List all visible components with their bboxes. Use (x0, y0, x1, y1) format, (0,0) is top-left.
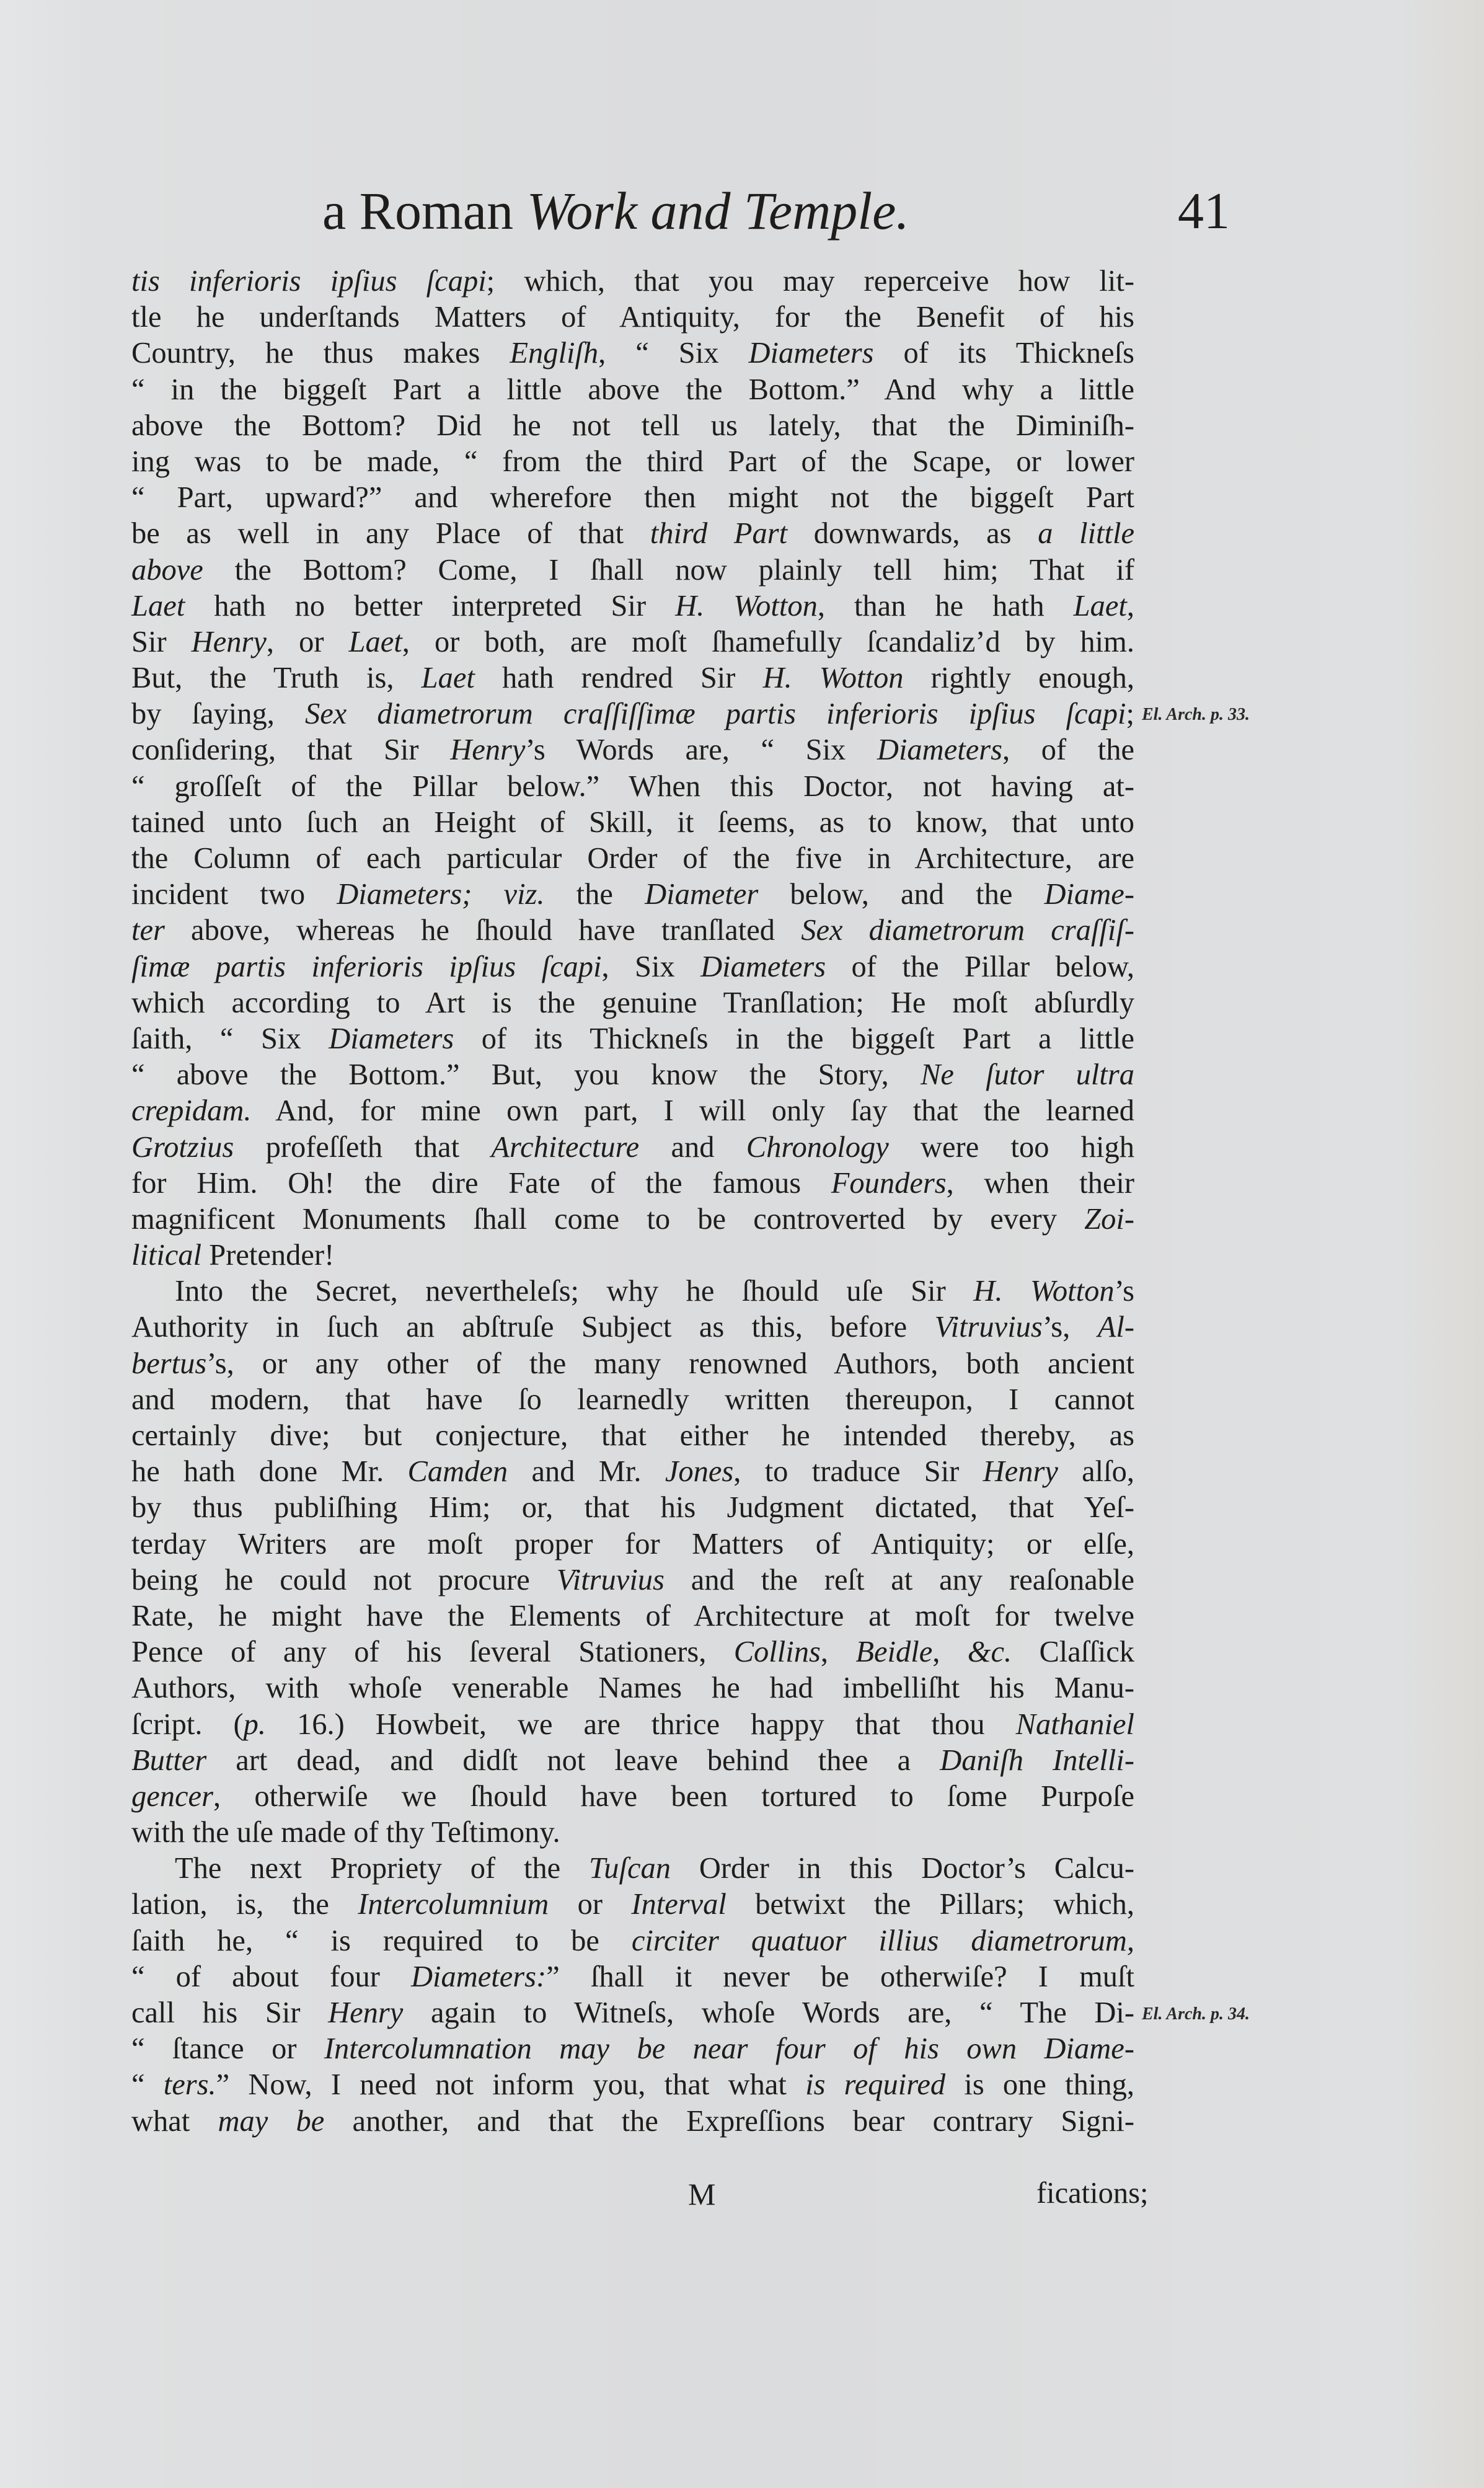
text-line: ſaith, “ Six Diameters of its Thickneſs … (131, 1021, 1134, 1057)
roman-span: by thus publiſhing Him; or, that his Jud… (131, 1491, 1134, 1524)
italic-span: Sex diametrorum craſſiſ- (801, 914, 1134, 947)
margin-note: El. Arch. p. 33. (1142, 705, 1250, 725)
italic-span: Daniſh Intelli- (940, 1744, 1134, 1777)
roman-span: were too high (889, 1131, 1134, 1164)
roman-span: below, and the (758, 878, 1044, 911)
roman-span: lation, is, the (131, 1888, 358, 1921)
italic-span: Laet (131, 590, 185, 622)
text-line: tained unto ſuch an Height of Skill, it … (131, 805, 1134, 841)
italic-span: Vitruvius (557, 1564, 665, 1596)
italic-span: H. Wotton (675, 590, 818, 622)
roman-span: above the Bottom? Did he not tell us lat… (131, 409, 1134, 442)
roman-span: “ ſtance or (131, 2032, 324, 2065)
text-line: Authority in ſuch an abſtruſe Subject as… (131, 1309, 1134, 1345)
roman-span: , or both, are moſt ſhamefully ſcandaliz… (402, 626, 1134, 658)
roman-span: above, whereas he ſhould have tranſlated (165, 914, 801, 947)
roman-span: with the uſe made of thy Teſtimony. (131, 1816, 560, 1849)
roman-span: “ groſſeſt of the Pillar below.” When th… (131, 770, 1134, 803)
text-line: ing was to be made, “ from the third Par… (131, 444, 1134, 480)
roman-span: certainly dive; but conjecture, that eit… (131, 1419, 1134, 1452)
text-line: ſimæ partis inferioris ipſius ſcapi, Six… (131, 949, 1134, 985)
italic-span: Laet (349, 626, 402, 658)
roman-span: for Him. Oh! the dire Fate of the famous (131, 1167, 831, 1200)
roman-span: “ Part, upward?” and wherefore then migh… (131, 481, 1134, 514)
roman-span: Pence of any of his ſeveral Stationers, (131, 1636, 734, 1668)
roman-span: , than he hath (818, 590, 1074, 622)
text-line: and modern, that have ſo learnedly writt… (131, 1382, 1134, 1418)
roman-span: ’s (1115, 1275, 1134, 1308)
italic-span: Intercolumnium (358, 1888, 549, 1921)
roman-span: The next Propriety of the (175, 1852, 589, 1885)
roman-span: “ (131, 2068, 164, 2101)
roman-span: Authority in ſuch an abſtruſe Subject as… (131, 1311, 935, 1344)
text-line: gencer, otherwiſe we ſhould have been to… (131, 1779, 1134, 1815)
text-line: But, the Truth is, Laet hath rendred Sir… (131, 660, 1134, 696)
roman-span: ing was to be made, “ from the third Par… (131, 445, 1134, 478)
text-line: Rate, he might have the Elements of Arch… (131, 1598, 1134, 1634)
text-line: conſidering, that Sir Henry’s Words are,… (131, 732, 1134, 768)
roman-span: and (639, 1131, 746, 1164)
text-line: “ ters.” Now, I need not inform you, tha… (131, 2067, 1134, 2103)
roman-span: ſaith he, “ is required to be (131, 1924, 632, 1957)
roman-span: which according to Art is the genuine Tr… (131, 986, 1134, 1019)
italic-span: tis inferioris ipſius ſcapi (131, 265, 487, 298)
italic-span: above (131, 554, 203, 587)
italic-span: may be (218, 2105, 325, 2138)
roman-span: betwixt the Pillars; which, (727, 1888, 1134, 1921)
roman-span: ; which, that you may reperceive how lit… (487, 265, 1134, 298)
roman-span: by ſaying, (131, 697, 305, 730)
roman-span: Country, he thus makes (131, 337, 510, 370)
roman-span: , Six (601, 950, 700, 983)
roman-span: be as well in any Place of that (131, 517, 650, 550)
roman-span: , (1127, 590, 1134, 622)
italic-span: ſimæ partis inferioris ipſius ſcapi (131, 950, 601, 983)
italic-span: Al- (1098, 1311, 1134, 1344)
italic-span: Henry (450, 733, 525, 766)
roman-span: of the Pillar below, (826, 950, 1134, 983)
running-head-italic: Work and Temple. (527, 181, 909, 241)
roman-span: , of the (1002, 733, 1134, 766)
text-line: be as well in any Place of that third Pa… (131, 516, 1134, 552)
roman-span: magnificent Monuments ſhall come to be c… (131, 1203, 1084, 1236)
italic-span: crepidam. (131, 1094, 252, 1127)
running-head: a Roman Work and Temple. (322, 180, 909, 242)
roman-span: But, the Truth is, (131, 662, 422, 694)
italic-span: a little (1038, 517, 1134, 550)
roman-span: tained unto ſuch an Height of Skill, it … (131, 806, 1134, 839)
italic-span: ters. (164, 2068, 216, 2101)
italic-span: Diameters (748, 337, 873, 370)
roman-span: , (932, 1636, 967, 1668)
roman-span: what (131, 2105, 218, 2138)
italic-span: Chronology (746, 1131, 889, 1164)
text-line: “ above the Bottom.” But, you know the S… (131, 1057, 1134, 1093)
roman-span: hath no better interpreted Sir (185, 590, 675, 622)
roman-span: and Mr. (508, 1455, 665, 1488)
italic-span: Ne ſutor ultra (921, 1058, 1134, 1091)
roman-span: Rate, he might have the Elements of Arch… (131, 1600, 1134, 1632)
text-line: “ Part, upward?” and wherefore then migh… (131, 480, 1134, 516)
italic-span: Butter (131, 1744, 206, 1777)
text-line: Sir Henry, or Laet, or both, are moſt ſh… (131, 624, 1134, 660)
text-line: The next Propriety of the Tuſcan Order i… (131, 1851, 1134, 1887)
roman-span: ’s, or any other of the many renowned Au… (206, 1347, 1134, 1380)
italic-span: Henry (328, 1996, 403, 2029)
italic-span: Interval (631, 1888, 727, 1921)
text-line: with the uſe made of thy Teſtimony. (131, 1815, 1134, 1851)
italic-span: p. (244, 1708, 266, 1741)
italic-span: Tuſcan (589, 1852, 671, 1885)
text-line: Grotzius profeſſeth that Architecture an… (131, 1130, 1134, 1166)
italic-span: Jones (665, 1455, 733, 1488)
italic-span: Laet (422, 662, 475, 694)
italic-span: third Part (650, 517, 787, 550)
italic-span: Founders (831, 1167, 947, 1200)
italic-span: Diameters (329, 1022, 454, 1055)
roman-span: the Bottom? Come, I ſhall now plainly te… (203, 554, 1134, 587)
margin-note: El. Arch. p. 34. (1142, 2004, 1250, 2024)
text-line: above the Bottom? Come, I ſhall now plai… (131, 552, 1134, 588)
text-line: Laet hath no better interpreted Sir H. W… (131, 588, 1134, 624)
text-line: which according to Art is the genuine Tr… (131, 985, 1134, 1021)
body-text: tis inferioris ipſius ſcapi; which, that… (131, 263, 1134, 2140)
text-line: incident two Diameters; viz. the Diamete… (131, 877, 1134, 913)
text-line: magnificent Monuments ſhall come to be c… (131, 1202, 1134, 1237)
italic-span: gencer (131, 1780, 213, 1813)
roman-span: downwards, as (787, 517, 1038, 550)
roman-span: , otherwiſe we ſhould have been tortured… (213, 1780, 1134, 1813)
italic-span: Vitruvius (935, 1311, 1043, 1344)
roman-span: Authors, with whoſe venerable Names he h… (131, 1671, 1134, 1704)
text-line: bertus’s, or any other of the many renow… (131, 1346, 1134, 1382)
italic-span: Nathaniel (1016, 1708, 1134, 1741)
text-line: Country, he thus makes Engliſh, “ Six Di… (131, 335, 1134, 371)
roman-span: tle he underſtands Matters of Antiquity,… (131, 301, 1134, 334)
roman-span: ſcript. ( (131, 1708, 244, 1741)
roman-span: and the reſt at any reaſonable (665, 1564, 1134, 1596)
roman-span: , when their (947, 1167, 1134, 1200)
roman-span: ” ſhall it never be otherwiſe? I muſt (546, 1960, 1134, 1993)
text-line: tis inferioris ipſius ſcapi; which, that… (131, 263, 1134, 299)
roman-span: Claſſick (1012, 1636, 1134, 1668)
catchword: fications; (1036, 2176, 1148, 2210)
text-line: Authors, with whoſe venerable Names he h… (131, 1670, 1134, 1706)
roman-span: Into the Secret, nevertheleſs; why he ſh… (175, 1275, 973, 1308)
text-line: for Him. Oh! the dire Fate of the famous… (131, 1166, 1134, 1202)
text-line: ſcript. (p. 16.) Howbeit, we are thrice … (131, 1707, 1134, 1743)
text-line: crepidam. And, for mine own part, I will… (131, 1093, 1134, 1129)
roman-span: art dead, and didſt not leave behind the… (206, 1744, 940, 1777)
roman-span: of its Thickneſs in the biggeſt Part a l… (454, 1022, 1134, 1055)
roman-span: , to traduce Sir (733, 1455, 983, 1488)
italic-span: bertus (131, 1347, 206, 1380)
text-line: by ſaying, Sex diametrorum craſſiſſimæ p… (131, 696, 1134, 732)
roman-span: profeſſeth that (234, 1131, 491, 1164)
roman-span: and modern, that have ſo learnedly writt… (131, 1383, 1134, 1416)
text-line: by thus publiſhing Him; or, that his Jud… (131, 1490, 1134, 1526)
roman-span: he hath done Mr. (131, 1455, 408, 1488)
roman-span: being he could not procure (131, 1564, 557, 1596)
italic-span: Sex diametrorum craſſiſſimæ partis infer… (305, 697, 1126, 730)
text-line: “ groſſeſt of the Pillar below.” When th… (131, 769, 1134, 805)
italic-span: Diameters: (411, 1960, 546, 1993)
text-line: Butter art dead, and didſt not leave beh… (131, 1743, 1134, 1779)
italic-span: Collins (734, 1636, 821, 1668)
italic-span: Diameters (877, 733, 1002, 766)
text-line: Pence of any of his ſeveral Stationers, … (131, 1634, 1134, 1670)
italic-span: is required (805, 2068, 945, 2101)
text-line: litical Pretender! (131, 1237, 1134, 1273)
roman-span: is one thing, (945, 2068, 1134, 2101)
roman-span: ” Now, I need not inform you, that what (216, 2068, 805, 2101)
italic-span: Architecture (491, 1131, 639, 1164)
roman-span: hath rendred Sir (475, 662, 763, 694)
text-line: call his Sir Henry again to Witneſs, who… (131, 1995, 1134, 2031)
running-head-roman: a Roman (322, 181, 527, 241)
roman-span: ’s Words are, “ Six (525, 733, 877, 766)
italic-span: Grotzius (131, 1131, 234, 1164)
roman-span: Sir (131, 626, 192, 658)
roman-span: “ above the Bottom.” But, you know the S… (131, 1058, 921, 1091)
roman-span: alſo, (1058, 1455, 1134, 1488)
italic-span: Diameter (645, 878, 758, 911)
roman-span: , “ Six (598, 337, 748, 370)
text-line: “ in the biggeſt Part a little above the… (131, 372, 1134, 408)
roman-span: call his Sir (131, 1996, 328, 2029)
text-line: “ ſtance or Intercolumnation may be near… (131, 2031, 1134, 2067)
text-line: “ of about four Diameters:” ſhall it nev… (131, 1959, 1134, 1995)
roman-span: ; (1126, 697, 1134, 730)
roman-span: , (821, 1636, 855, 1668)
roman-span: 16.) Howbeit, we are thrice happy that t… (266, 1708, 1016, 1741)
signature-mark: M (688, 2176, 715, 2212)
roman-span: conſidering, that Sir (131, 733, 450, 766)
italic-span: Diame- (1045, 878, 1134, 911)
text-line: what may be another, and that the Expreſ… (131, 2104, 1134, 2140)
italic-span: Henry (192, 626, 267, 658)
italic-span: H. Wotton (763, 662, 904, 694)
text-line: he hath done Mr. Camden and Mr. Jones, t… (131, 1454, 1134, 1490)
italic-span: Diameters; viz. (337, 878, 544, 911)
text-line: Into the Secret, nevertheleſs; why he ſh… (131, 1273, 1134, 1309)
italic-span: Diameters (700, 950, 826, 983)
italic-span: Zoi- (1084, 1203, 1134, 1236)
roman-span: the Column of each particular Order of t… (131, 842, 1134, 875)
roman-span: rightly enough, (904, 662, 1134, 694)
text-line: certainly dive; but conjecture, that eit… (131, 1418, 1134, 1454)
italic-span: ter (131, 914, 165, 947)
page-number: 41 (1178, 181, 1230, 241)
text-line: tle he underſtands Matters of Antiquity,… (131, 299, 1134, 335)
text-line: being he could not procure Vitruvius and… (131, 1562, 1134, 1598)
roman-span: the (545, 878, 645, 911)
italic-span: &c. (968, 1636, 1012, 1668)
text-line: lation, is, the Intercolumnium or Interv… (131, 1887, 1134, 1923)
italic-span: Beidle (855, 1636, 932, 1668)
italic-span: Laet (1074, 590, 1127, 622)
italic-span: Camden (408, 1455, 508, 1488)
roman-span: And, for mine own part, I will only ſay … (252, 1094, 1134, 1127)
roman-span: or (549, 1888, 631, 1921)
italic-span: Engliſh (510, 337, 598, 370)
text-line: terday Writers are moſt proper for Matte… (131, 1526, 1134, 1562)
roman-span: terday Writers are moſt proper for Matte… (131, 1528, 1134, 1561)
text-line: above the Bottom? Did he not tell us lat… (131, 408, 1134, 444)
text-line: ter above, whereas he ſhould have tranſl… (131, 913, 1134, 949)
roman-span: “ in the biggeſt Part a little above the… (131, 373, 1134, 406)
italic-span: H. Wotton (973, 1275, 1114, 1308)
roman-span: incident two (131, 878, 337, 911)
roman-span: Order in this Doctor’s Calcu- (671, 1852, 1134, 1885)
text-line: the Column of each particular Order of t… (131, 841, 1134, 877)
italic-span: circiter quatuor illius diametrorum, (632, 1924, 1134, 1957)
italic-span: litical (131, 1239, 201, 1272)
roman-span: again to Witneſs, whoſe Words are, “ The… (403, 1996, 1134, 2029)
italic-span: Intercolumnation may be near four of his… (324, 2032, 1134, 2065)
roman-span: ſaith, “ Six (131, 1022, 329, 1055)
roman-span: , or (267, 626, 349, 658)
text-line: ſaith he, “ is required to be circiter q… (131, 1923, 1134, 1959)
roman-span: ’s, (1043, 1311, 1098, 1344)
book-page: a Roman Work and Temple. 41 tis inferior… (0, 0, 1484, 2488)
roman-span: of its Thickneſs (874, 337, 1135, 370)
roman-span: Pretender! (201, 1239, 334, 1272)
roman-span: another, and that the Expreſſions bear c… (324, 2105, 1134, 2138)
italic-span: Henry (983, 1455, 1058, 1488)
roman-span: “ of about four (131, 1960, 411, 1993)
